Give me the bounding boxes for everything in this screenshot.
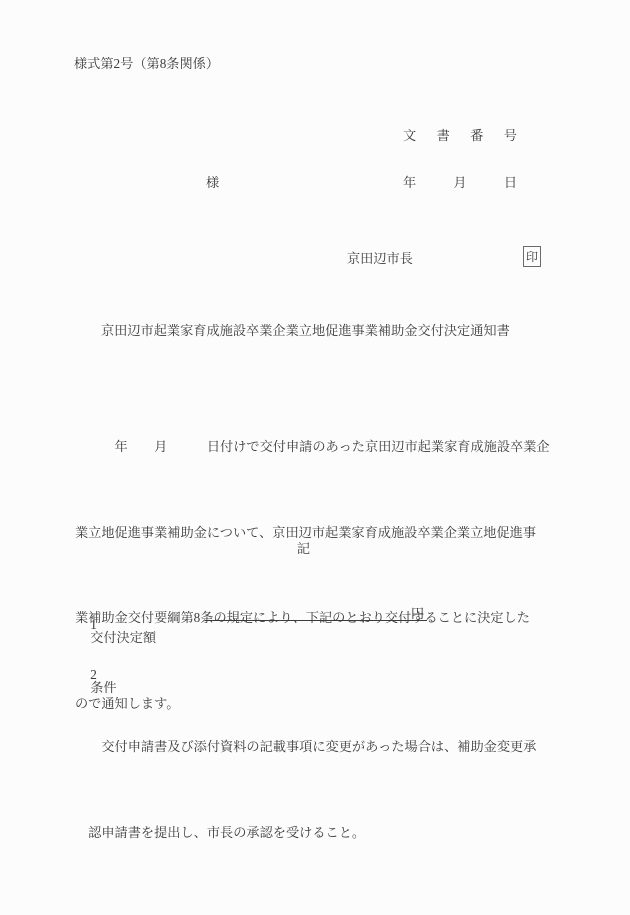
item-2-line-2: 認申請書を提出し、市長の承認を受けること。 bbox=[75, 819, 536, 848]
item-2-line-1: 交付申請書及び添付資料の記載事項に変更があった場合は、補助金変更承 bbox=[75, 733, 536, 762]
date-year-label: 年 bbox=[403, 176, 416, 196]
doc-number-char: 番 bbox=[470, 129, 483, 149]
issuer-title: 京田辺市長 bbox=[347, 252, 413, 265]
amount-unit-label: 円 bbox=[411, 607, 424, 620]
item-2-paragraph: 交付申請書及び添付資料の記載事項に変更があった場合は、補助金変更承 認申請書を提… bbox=[75, 676, 536, 904]
doc-number-char: 号 bbox=[504, 129, 517, 149]
date-month-label: 月 bbox=[453, 176, 466, 196]
doc-number-block: 文 書 番 号 年 月 日 bbox=[403, 103, 517, 222]
body-line-1: 年 月 日付けで交付申請のあった京田辺市起業家育成施設卒業企 bbox=[75, 433, 550, 462]
date-line: 年 月 日 bbox=[403, 176, 517, 196]
seal-box: 印 bbox=[523, 246, 541, 267]
form-number-label: 様式第2号（第8条関係） bbox=[74, 57, 219, 70]
amount-blank-field: 円 bbox=[205, 604, 427, 621]
ki-heading: 記 bbox=[75, 542, 532, 555]
doc-number-line: 文 書 番 号 bbox=[403, 129, 517, 149]
document-title: 京田辺市起業家育成施設卒業企業立地促進事業補助金交付決定通知書 bbox=[101, 324, 510, 337]
doc-number-char: 書 bbox=[437, 129, 450, 149]
document-page: 様式第2号（第8条関係） 文 書 番 号 年 月 日 様 京田辺市長 印 京田辺… bbox=[0, 0, 630, 915]
item-1-label: 交付決定額 bbox=[90, 630, 156, 645]
seal-label: 印 bbox=[526, 251, 538, 263]
doc-number-char: 文 bbox=[403, 129, 416, 149]
item-1-row: 1 交付決定額 bbox=[77, 605, 156, 658]
date-day-label: 日 bbox=[504, 176, 517, 196]
recipient-honorific: 様 bbox=[206, 176, 219, 189]
